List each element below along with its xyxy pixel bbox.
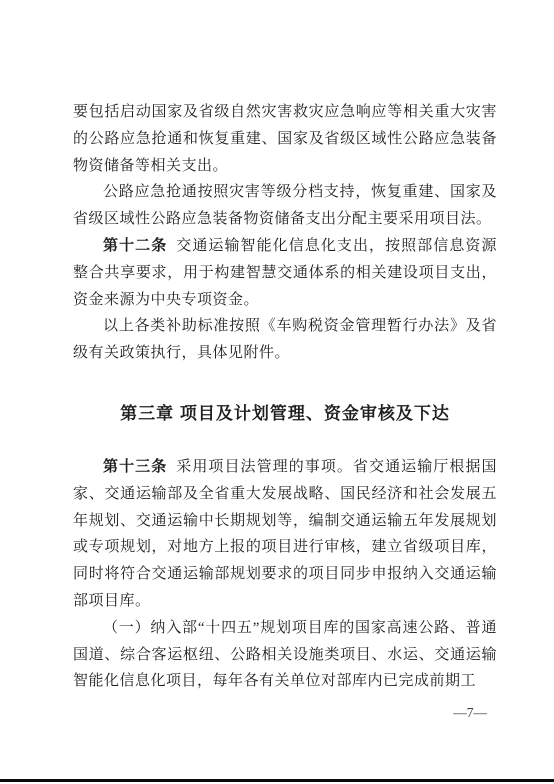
chapter-heading: 第三章 项目及计划管理、资金审核及下达 [73,400,497,427]
paragraph-text: 以上各类补助标准按照《车购税资金管理暂行办法》及省级有关政策执行，具体见附件。 [73,318,497,361]
document-page: 要包括启动国家及省级自然灾害救灾应急响应等相关重大灾害的公路应急抢通和恢复重建、… [0,0,554,784]
paragraph: 第十三条采用项目法管理的事项。省交通运输厅根据国家、交通运输部及全省重大发展战略… [73,454,497,615]
paragraph-text: （一）纳入部“十四五”规划项目库的国家高速公路、普通国道、综合客运枢纽、公路相关… [73,620,497,690]
paragraph-text: 采用项目法管理的事项。省交通运输厅根据国家、交通运输部及全省重大发展战略、国民经… [73,459,497,609]
document-body: 要包括启动国家及省级自然灾害救灾应急响应等相关重大灾害的公路应急抢通和恢复重建、… [0,0,554,695]
scan-edge-line [0,779,554,782]
paragraph-text: 要包括启动国家及省级自然灾害救灾应急响应等相关重大灾害的公路应急抢通和恢复重建、… [73,104,497,174]
article-number: 第十二条 [103,237,167,254]
paragraph: （一）纳入部“十四五”规划项目库的国家高速公路、普通国道、综合客运枢纽、公路相关… [73,615,497,695]
paragraph: 公路应急抢通按照灾害等级分档支持，恢复重建、国家及省级区域性公路应急装备物资储备… [73,179,497,233]
paragraph: 以上各类补助标准按照《车购税资金管理暂行办法》及省级有关政策执行，具体见附件。 [73,313,497,367]
paragraph: 第十二条交通运输智能化信息化支出，按照部信息资源整合共享要求，用于构建智慧交通体… [73,233,497,313]
page-number: —7— [453,705,487,721]
article-number: 第十三条 [103,458,167,475]
paragraph: 要包括启动国家及省级自然灾害救灾应急响应等相关重大灾害的公路应急抢通和恢复重建、… [73,99,497,179]
paragraph-text: 公路应急抢通按照灾害等级分档支持，恢复重建、国家及省级区域性公路应急装备物资储备… [73,184,497,227]
